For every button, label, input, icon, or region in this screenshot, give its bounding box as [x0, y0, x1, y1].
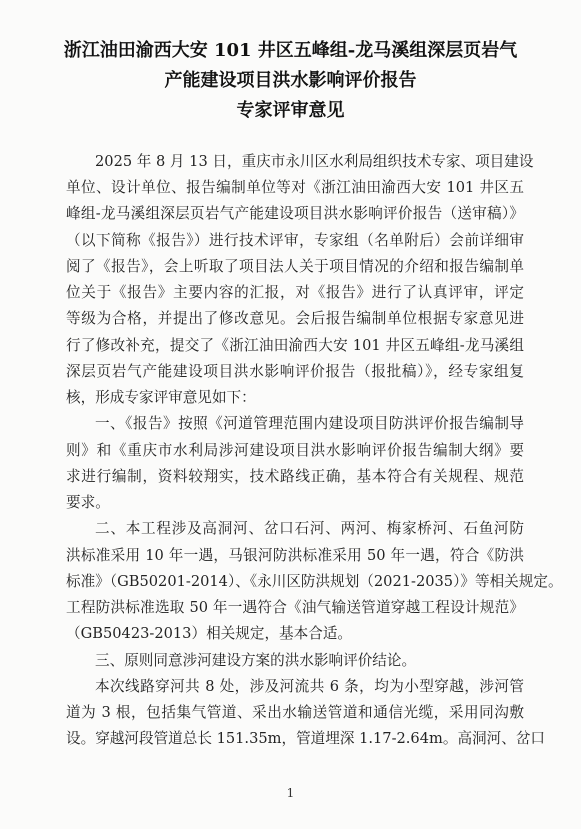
- section-2-line: 二、本工程涉及高洞河、岔口石河、两河、梅家桥河、石鱼河防: [95, 519, 524, 539]
- section-2-line: 标准》（GB50201-2014）、《永川区防洪规划（2021-2035）》等相…: [66, 572, 524, 592]
- section-3-line: 道为 3 根，包括集气管道、采出水输送管道和通信光缆，采用同沟敷: [66, 703, 524, 723]
- section-2-line: 工程防洪标准选取 50 年一遇符合《油气输送管道穿越工程设计规范》: [66, 598, 524, 618]
- body-line: 位关于《报告》主要内容的汇报，对《报告》进行了认真评审，评定: [66, 283, 524, 303]
- page-number: 1: [0, 786, 581, 800]
- document-subtitle: 专家评审意见: [0, 96, 581, 122]
- body-line: 峰组-龙马溪组深层页岩气产能建设项目洪水影响评价报告（送审稿）》: [66, 204, 524, 224]
- section-2-line: （GB50423-2013）相关规定，基本合适。: [66, 624, 524, 644]
- document-title-line-1: 浙江油田渝西大安 101 井区五峰组-龙马溪组深层页岩气: [0, 36, 581, 62]
- body-line: 2025 年 8 月 13 日，重庆市永川区水利局组织技术专家、项目建设: [95, 152, 524, 172]
- body-line: 阅了《报告》，会上听取了项目法人关于项目情况的介绍和报告编制单: [66, 257, 524, 277]
- section-2-line: 洪标准采用 10 年一遇，马银河防洪标准采用 50 年一遇，符合《防洪: [66, 546, 524, 566]
- body-line: 单位、设计单位、报告编制单位等对《浙江油田渝西大安 101 井区五: [66, 178, 524, 198]
- body-line: （以下简称《报告》）进行技术评审，专家组（名单附后）会前详细审: [66, 231, 524, 251]
- section-1-line: 要求。: [66, 493, 524, 513]
- section-3-heading: 三、原则同意涉河建设方案的洪水影响评价结论。: [95, 651, 524, 671]
- body-line: 等级为合格，并提出了修改意见。会后报告编制单位根据专家意见进: [66, 309, 524, 329]
- section-3-line: 设。穿越河段管道总长 151.35m，管道埋深 1.17-2.64m。高洞河、岔…: [66, 729, 524, 749]
- body-line: 深层页岩气产能建设项目洪水影响评价报告（报批稿）》，经专家组复: [66, 362, 524, 382]
- body-line: 行了修改补充，提交了《浙江油田渝西大安 101 井区五峰组-龙马溪组: [66, 336, 524, 356]
- section-1-line: 求进行编制，资料较翔实，技术路线正确，基本符合有关规程、规范: [66, 467, 524, 487]
- document-title-line-2: 产能建设项目洪水影响评价报告: [0, 66, 581, 92]
- section-1-line: 一、《报告》按照《河道管理范围内建设项目防洪评价报告编制导: [95, 414, 524, 434]
- section-1-line: 则》和《重庆市水利局涉河建设项目洪水影响评价报告编制大纲》要: [66, 441, 524, 461]
- body-line: 核，形成专家评审意见如下：: [66, 388, 524, 408]
- section-3-line: 本次线路穿河共 8 处，涉及河流共 6 条，均为小型穿越，涉河管: [95, 677, 524, 697]
